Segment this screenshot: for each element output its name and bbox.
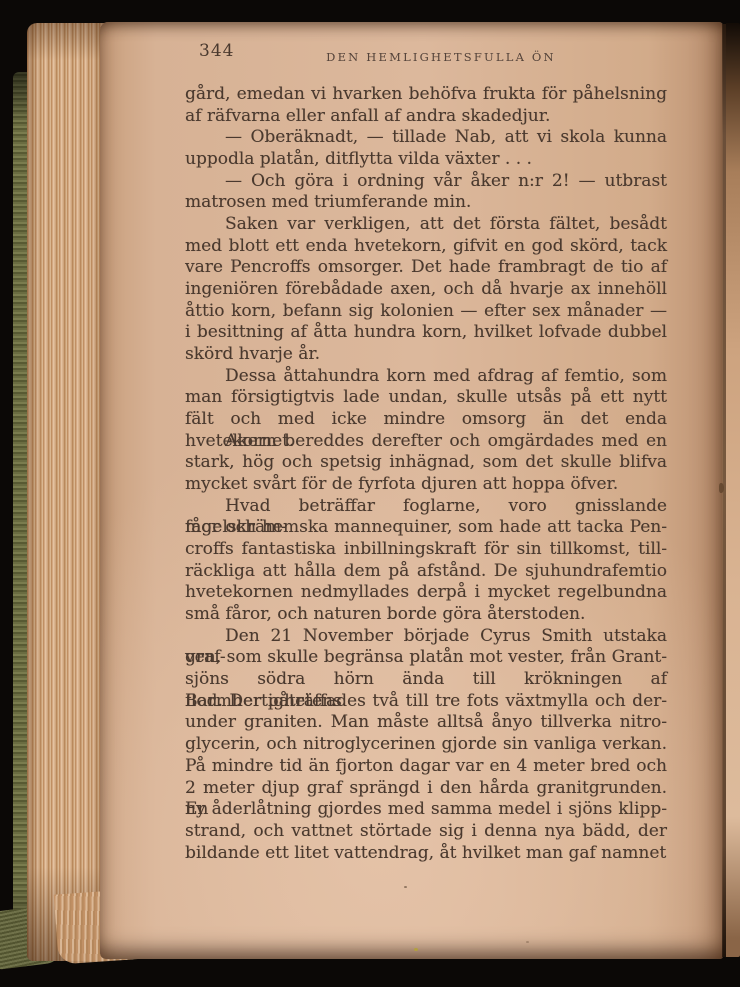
text-line: mor och hemska mannequiner, som hade att…: [185, 517, 667, 539]
text-line: ny åderlåtning gjordes med samma medel i…: [185, 799, 667, 821]
text-line: ven, som skulle begränsa platån mot vest…: [185, 647, 667, 669]
text-line: Dessa åttahundra korn med afdrag af femt…: [185, 366, 667, 388]
page-edge-notch: [719, 483, 724, 493]
page-header: 344 DEN HEMLIGHETSFULLA ÖN: [185, 40, 667, 84]
text-line: glycerin, och nitroglycerinen gjorde sin…: [185, 734, 667, 756]
paper-speck: [526, 941, 529, 943]
text-line: — Oberäknadt, — tillade Nab, att vi skol…: [185, 127, 667, 149]
running-title: DEN HEMLIGHETSFULLA ÖN: [215, 50, 667, 64]
paper-speck: [414, 948, 418, 951]
text-line: — Och göra i ordning vår åker n:r 2! — u…: [185, 171, 667, 193]
page-edge-stack-left: [27, 23, 105, 961]
paper-speck: [404, 886, 407, 888]
text-line: gård, emedan vi hvarken behöfva frukta f…: [185, 84, 667, 106]
body-text: gård, emedan vi hvarken behöfva frukta f…: [185, 84, 667, 864]
text-line: uppodla platån, ditflytta vilda växter .…: [185, 149, 667, 171]
text-line: af räfvarna eller anfall af andra skaded…: [185, 106, 667, 128]
text-line: matrosen med triumferande min.: [185, 192, 667, 214]
facing-page-sliver: [726, 23, 740, 957]
text-line: bildande ett litet vattendrag, åt hvilke…: [185, 843, 667, 865]
text-line: man försigtigtvis lade undan, skulle uts…: [185, 387, 667, 409]
text-line: i besittning af åtta hundra korn, hvilke…: [185, 322, 667, 344]
text-line: hvetekornen nedmyllades derpå i mycket r…: [185, 582, 667, 604]
text-line: 2 meter djup graf sprängd i den hårda gr…: [185, 778, 667, 800]
text-line: flod. Der påträffades två till tre fots …: [185, 691, 667, 713]
text-line: strand, och vattnet störtade sig i denna…: [185, 821, 667, 843]
text-line: åttio korn, befann sig kolonien — efter …: [185, 301, 667, 323]
text-line: skörd hvarje år.: [185, 344, 667, 366]
text-line: fält och med icke mindre omsorg än det e…: [185, 409, 667, 431]
text-line: På mindre tid än fjorton dagar var en 4 …: [185, 756, 667, 778]
text-line: räckliga att hålla dem på afstånd. De sj…: [185, 561, 667, 583]
text-line: små fåror, och naturen borde göra återst…: [185, 604, 667, 626]
text-line: Den 21 November började Cyrus Smith utst…: [185, 626, 667, 648]
printed-text-block: 344 DEN HEMLIGHETSFULLA ÖN gård, emedan …: [185, 40, 667, 864]
text-line: stark, hög och spetsig inhägnad, som det…: [185, 452, 667, 474]
text-line: med blott ett enda hvetekorn, gifvit en …: [185, 236, 667, 258]
text-line: mycket svårt för de fyrfota djuren att h…: [185, 474, 667, 496]
text-line: croffs fantastiska inbillningskraft för …: [185, 539, 667, 561]
text-line: under graniten. Man måste alltså ånyo ti…: [185, 712, 667, 734]
scan-background: 344 DEN HEMLIGHETSFULLA ÖN gård, emedan …: [0, 0, 740, 987]
text-line: sjöns södra hörn ända till krökningen af…: [185, 669, 667, 691]
text-line: Akern bereddes derefter och omgärdades m…: [185, 431, 667, 453]
text-line: ingeniören förebådade axen, och då hvarj…: [185, 279, 667, 301]
text-line: Hvad beträffar foglarne, voro gnisslande…: [185, 496, 667, 518]
text-line: Saken var verkligen, att det första fält…: [185, 214, 667, 236]
text-line: vare Pencroffs omsorger. Det hade frambr…: [185, 257, 667, 279]
